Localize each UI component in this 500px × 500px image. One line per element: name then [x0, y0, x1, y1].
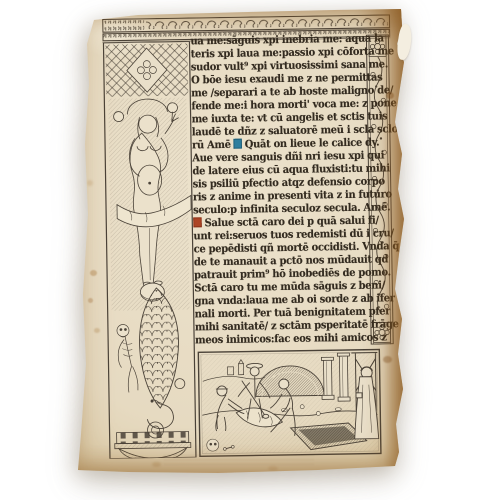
foxing-spot [268, 466, 278, 471]
toned-right-edge [384, 4, 410, 476]
text-span: rū Amē [192, 139, 231, 152]
show-through-ghost-text [164, 452, 314, 465]
photo-of-book-leaf: ua me:sāguis xpi inebria me: aqua la ter… [0, 0, 500, 500]
blue-painted-initial [233, 139, 242, 149]
text-block: ua me:sāguis xpi inebria me: aqua la ter… [190, 33, 372, 348]
foxing-spot [87, 180, 93, 186]
printed-area: ua me:sāguis xpi inebria me: aqua la ter… [102, 10, 399, 464]
burial-scene-woodcut [197, 348, 382, 457]
foliate-scale-column-and-serpent [139, 288, 186, 439]
text-line: meos inimicos:fac eos mihi amicos z [195, 332, 372, 348]
toned-corner [320, 4, 410, 74]
foxing-spot [152, 462, 161, 467]
foxing-spot [94, 328, 100, 333]
leaf: ua me:sāguis xpi inebria me: aqua la ter… [68, 4, 410, 476]
lattice-canopy [105, 43, 188, 96]
left-border-woodcut-nude-figure [102, 41, 197, 458]
foxing-spot [88, 298, 93, 303]
leaf-paper: ua me:sāguis xpi inebria me: aqua la ter… [68, 4, 410, 476]
text-span: Quāt on lieue le calice dy. [245, 136, 380, 150]
red-painted-initial [193, 217, 202, 227]
skeleton-figure [117, 324, 138, 392]
foxing-spot [90, 270, 97, 276]
